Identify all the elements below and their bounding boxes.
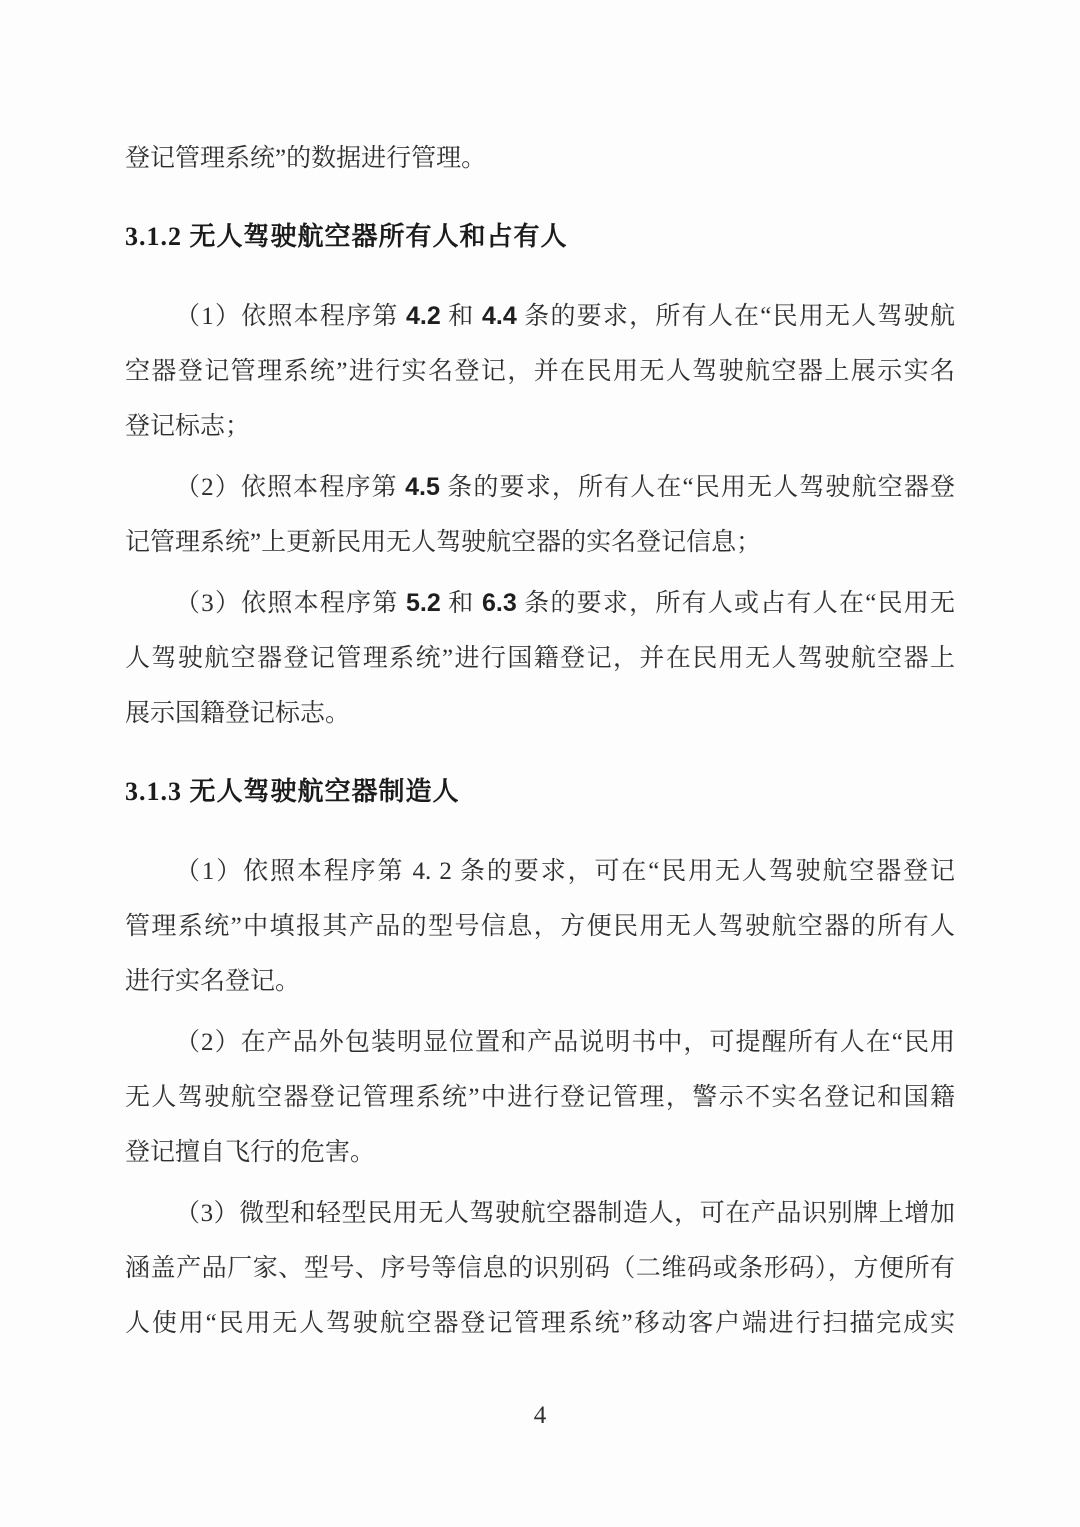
document-paragraph: 登记管理系统”的数据进行管理。: [125, 131, 955, 186]
text-run: （3）依照本程序第: [175, 590, 406, 617]
text-line: 进行实名登记。: [125, 954, 955, 1009]
text-line: （1）依照本程序第 4. 2 条的要求，可在“民用无人驾驶航空器登记: [125, 844, 955, 899]
text-line: 登记管理系统”的数据进行管理。: [125, 131, 955, 186]
document-paragraph: （1）依照本程序第 4. 2 条的要求，可在“民用无人驾驶航空器登记管理系统”中…: [125, 844, 955, 1009]
bold-clause-number: 4.2: [406, 302, 441, 330]
bold-clause-number: 6.3: [482, 589, 517, 617]
text-line: 管理系统”中填报其产品的型号信息，方便民用无人驾驶航空器的所有人: [125, 899, 955, 954]
text-run: 进行实名登记。: [125, 968, 300, 995]
page-number: 4: [0, 1388, 1080, 1443]
document-paragraph: （2）依照本程序第 4.5 条的要求，所有人在“民用无人驾驶航空器登记管理系统”…: [125, 460, 955, 570]
text-run: （2）依照本程序第: [175, 474, 405, 501]
text-run: 和: [441, 590, 482, 617]
text-line: 登记标志；: [125, 399, 955, 454]
text-run: 登记标志；: [125, 413, 250, 440]
bold-clause-number: 5.2: [406, 589, 441, 617]
text-line: 人使用“民用无人驾驶航空器登记管理系统”移动客户端进行扫描完成实: [125, 1296, 955, 1351]
text-run: 登记管理系统”的数据进行管理。: [125, 145, 486, 172]
document-paragraph: （1）依照本程序第 4.2 和 4.4 条的要求，所有人在“民用无人驾驶航空器登…: [125, 289, 955, 454]
document-paragraph: （2）在产品外包装明显位置和产品说明书中，可提醒所有人在“民用无人驾驶航空器登记…: [125, 1015, 955, 1180]
text-line: 登记擅自飞行的危害。: [125, 1125, 955, 1180]
text-run: 条的要求，所有人在“民用无人驾驶航空器登: [440, 474, 955, 501]
text-run: 记管理系统”上更新民用无人驾驶航空器的实名登记信息；: [125, 529, 761, 556]
text-run: 和: [441, 303, 482, 330]
text-run: （2）在产品外包装明显位置和产品说明书中，可提醒所有人在“民用: [175, 1029, 955, 1056]
text-run: 管理系统”中填报其产品的型号信息，方便民用无人驾驶航空器的所有人: [125, 913, 955, 940]
text-line: （2）在产品外包装明显位置和产品说明书中，可提醒所有人在“民用: [125, 1015, 955, 1070]
bold-clause-number: 4.5: [405, 473, 440, 501]
text-run: （1）依照本程序第: [175, 303, 406, 330]
text-run: 空器登记管理系统”进行实名登记，并在民用无人驾驶航空器上展示实名: [125, 358, 955, 385]
section-heading: 3.1.2 无人驾驶航空器所有人和占有人: [125, 209, 955, 264]
section-heading: 3.1.3 无人驾驶航空器制造人: [125, 764, 955, 819]
text-run: 条的要求，所有人或占有人在“民用无: [517, 590, 955, 617]
text-run: 人使用“民用无人驾驶航空器登记管理系统”移动客户端进行扫描完成实: [125, 1310, 955, 1337]
text-line: 空器登记管理系统”进行实名登记，并在民用无人驾驶航空器上展示实名: [125, 344, 955, 399]
text-line: 人驾驶航空器登记管理系统”进行国籍登记，并在民用无人驾驶航空器上: [125, 631, 955, 686]
text-line: 涵盖产品厂家、型号、序号等信息的识别码（二维码或条形码），方便所有: [125, 1241, 955, 1296]
text-run: 人驾驶航空器登记管理系统”进行国籍登记，并在民用无人驾驶航空器上: [125, 645, 955, 672]
document-paragraph: （3）微型和轻型民用无人驾驶航空器制造人，可在产品识别牌上增加涵盖产品厂家、型号…: [125, 1186, 955, 1351]
bold-clause-number: 4.4: [482, 302, 517, 330]
document-paragraph: （3）依照本程序第 5.2 和 6.3 条的要求，所有人或占有人在“民用无人驾驶…: [125, 576, 955, 741]
text-run: （3）微型和轻型民用无人驾驶航空器制造人，可在产品识别牌上增加: [175, 1200, 955, 1227]
text-line: 记管理系统”上更新民用无人驾驶航空器的实名登记信息；: [125, 515, 955, 570]
text-line: （1）依照本程序第 4.2 和 4.4 条的要求，所有人在“民用无人驾驶航: [125, 289, 955, 344]
text-line: （2）依照本程序第 4.5 条的要求，所有人在“民用无人驾驶航空器登: [125, 460, 955, 515]
text-line: 无人驾驶航空器登记管理系统”中进行登记管理，警示不实名登记和国籍: [125, 1070, 955, 1125]
text-line: （3）微型和轻型民用无人驾驶航空器制造人，可在产品识别牌上增加: [125, 1186, 955, 1241]
document-body: 登记管理系统”的数据进行管理。3.1.2 无人驾驶航空器所有人和占有人（1）依照…: [0, 0, 1080, 1351]
text-line: 展示国籍登记标志。: [125, 686, 955, 741]
document-page: 登记管理系统”的数据进行管理。3.1.2 无人驾驶航空器所有人和占有人（1）依照…: [0, 0, 1080, 1527]
text-run: 条的要求，所有人在“民用无人驾驶航: [517, 303, 955, 330]
text-line: （3）依照本程序第 5.2 和 6.3 条的要求，所有人或占有人在“民用无: [125, 576, 955, 631]
text-run: 展示国籍登记标志。: [125, 700, 350, 727]
text-run: 涵盖产品厂家、型号、序号等信息的识别码（二维码或条形码），方便所有: [125, 1255, 955, 1282]
text-run: （1）依照本程序第 4. 2 条的要求，可在“民用无人驾驶航空器登记: [175, 858, 955, 885]
text-run: 登记擅自飞行的危害。: [125, 1139, 375, 1166]
text-run: 无人驾驶航空器登记管理系统”中进行登记管理，警示不实名登记和国籍: [125, 1084, 955, 1111]
